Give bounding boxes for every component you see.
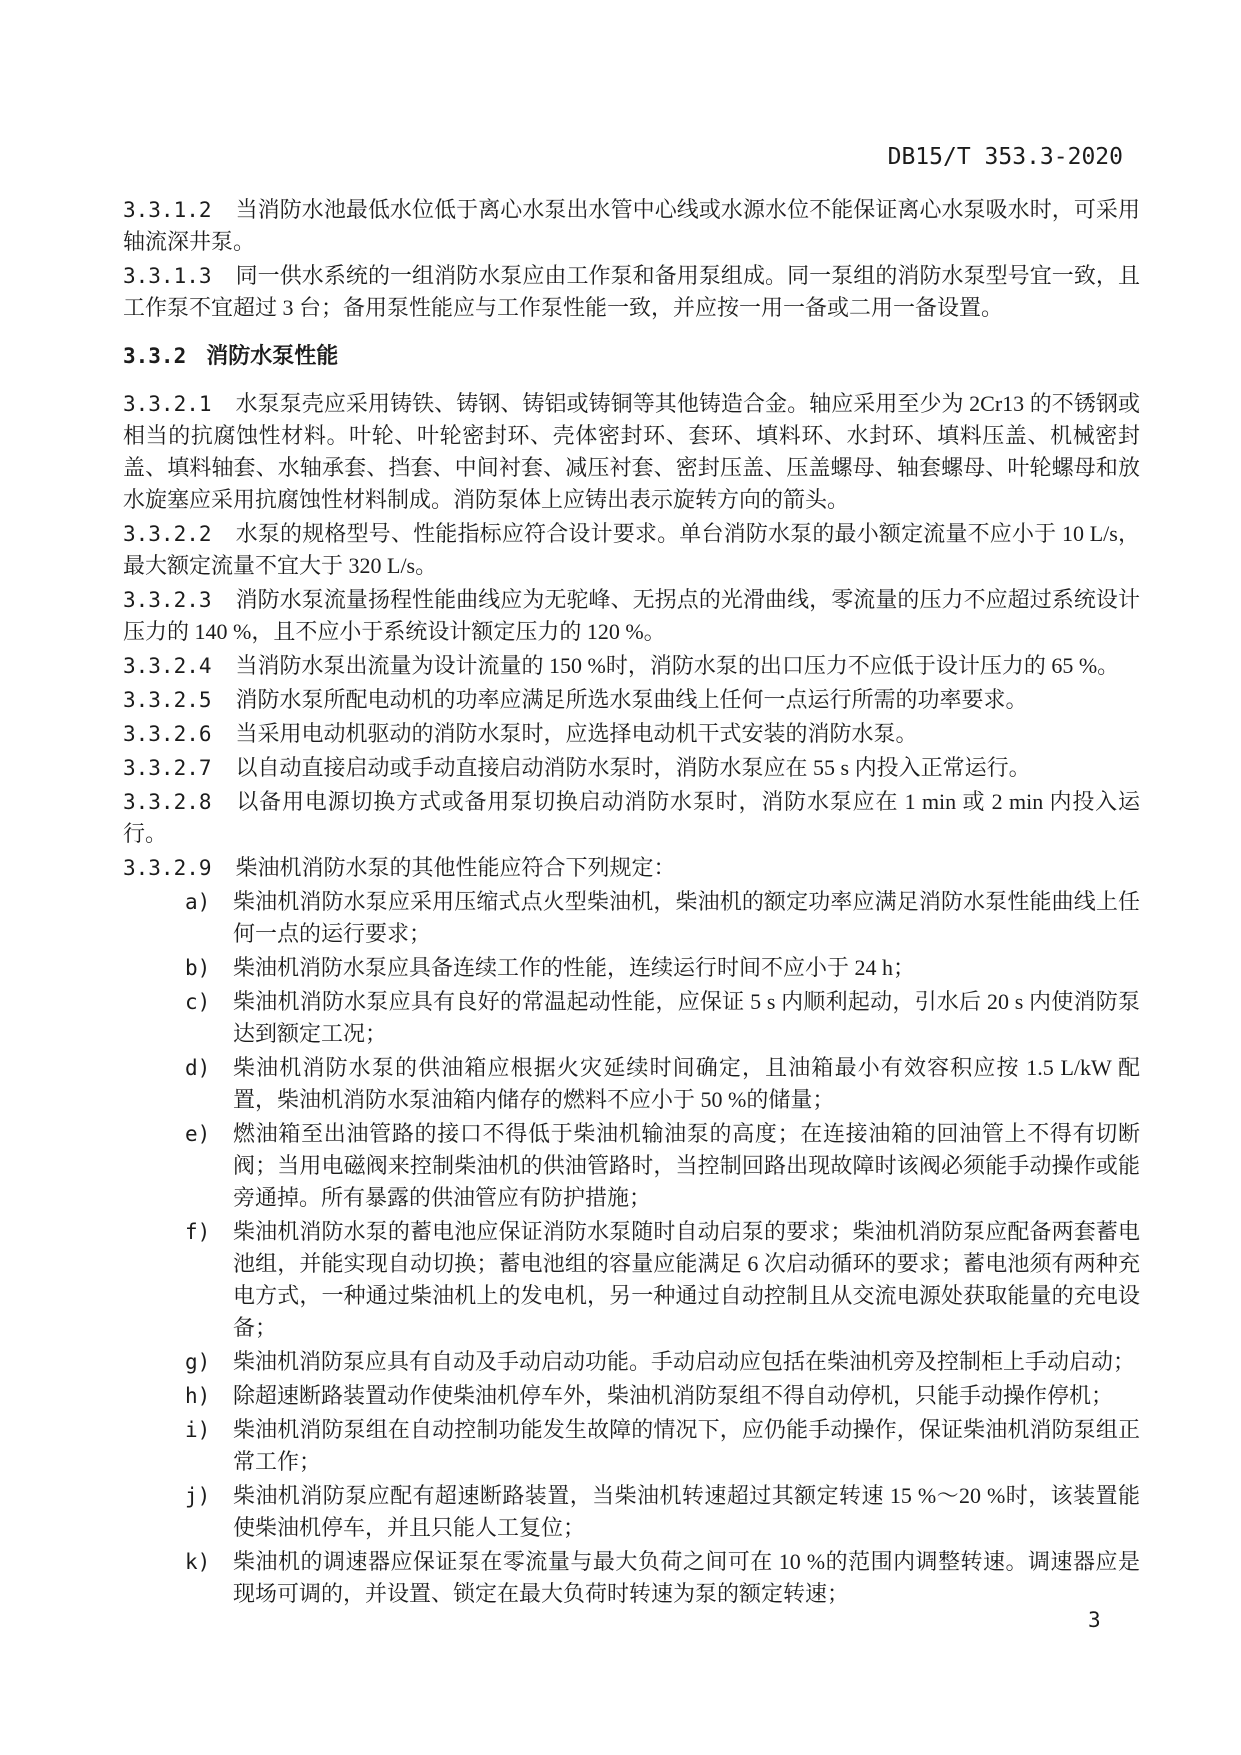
- page-number: 3: [1088, 1608, 1101, 1632]
- clause-number: 3.3.2.6: [123, 722, 212, 746]
- list-item-label: b): [185, 952, 210, 984]
- list-item-label: e): [185, 1118, 210, 1150]
- list-item-k: k)柴油机的调速器应保证泵在零流量与最大负荷之间可在 10 %的范围内调整转速。…: [123, 1546, 1140, 1610]
- list-item-text: 柴油机的调速器应保证泵在零流量与最大负荷之间可在 10 %的范围内调整转速。调速…: [233, 1549, 1140, 1606]
- clause-3-3-1-3: 3.3.1.3同一供水系统的一组消防水泵应由工作泵和备用泵组成。同一泵组的消防水…: [123, 260, 1140, 324]
- clause-text: 同一供水系统的一组消防水泵应由工作泵和备用泵组成。同一泵组的消防水泵型号宜一致，…: [123, 263, 1140, 320]
- clause-number: 3.3.2.7: [123, 756, 212, 780]
- clause-text: 消防水泵流量扬程性能曲线应为无驼峰、无拐点的光滑曲线，零流量的压力不应超过系统设…: [123, 587, 1140, 644]
- section-heading: 3.3.2消防水泵性能: [123, 340, 1140, 372]
- clause-text: 消防水泵所配电动机的功率应满足所选水泵曲线上任何一点运行所需的功率要求。: [236, 687, 1028, 712]
- clause-3-3-1-2: 3.3.1.2当消防水池最低水位低于离心水泵出水管中心线或水源水位不能保证离心水…: [123, 194, 1140, 258]
- clause-number: 3.3.2.8: [123, 790, 212, 814]
- list-item-h: h)除超速断路装置动作使柴油机停车外，柴油机消防泵组不得自动停机，只能手动操作停…: [123, 1380, 1140, 1412]
- clause-text: 水泵的规格型号、性能指标应符合设计要求。单台消防水泵的最小额定流量不应小于 10…: [123, 521, 1140, 578]
- list-item-text: 柴油机消防水泵应具有良好的常温起动性能，应保证 5 s 内顺利起动，引水后 20…: [233, 989, 1140, 1046]
- list-item-label: c): [185, 986, 210, 1018]
- clause-number: 3.3.2.9: [123, 856, 212, 880]
- clause-number: 3.3.2.1: [123, 392, 212, 416]
- clause-text: 当采用电动机驱动的消防水泵时，应选择电动机干式安装的消防水泵。: [236, 721, 918, 746]
- list-item-label: f): [185, 1216, 210, 1248]
- list-item-text: 柴油机消防水泵应采用压缩式点火型柴油机，柴油机的额定功率应满足消防水泵性能曲线上…: [233, 889, 1140, 946]
- list-item-label: d): [185, 1052, 210, 1084]
- clause-text: 当消防水池最低水位低于离心水泵出水管中心线或水源水位不能保证离心水泵吸水时，可采…: [123, 197, 1140, 254]
- heading-number: 3.3.2: [123, 344, 186, 368]
- list-item-text: 柴油机消防水泵应具备连续工作的性能，连续运行时间不应小于 24 h；: [233, 955, 915, 980]
- clause-text: 柴油机消防水泵的其他性能应符合下列规定：: [236, 855, 676, 880]
- list-item-label: k): [185, 1546, 210, 1578]
- clause-number: 3.3.1.3: [123, 264, 212, 288]
- clause-3-3-2-2: 3.3.2.2水泵的规格型号、性能指标应符合设计要求。单台消防水泵的最小额定流量…: [123, 518, 1140, 582]
- clause-number: 3.3.2.4: [123, 654, 212, 678]
- standard-number: DB15/T 353.3-2020: [888, 144, 1123, 170]
- clause-text: 以备用电源切换方式或备用泵切换启动消防水泵时，消防水泵应在 1 min 或 2 …: [123, 789, 1140, 846]
- list-item-i: i)柴油机消防泵组在自动控制功能发生故障的情况下，应仍能手动操作，保证柴油机消防…: [123, 1414, 1140, 1478]
- itemized-list: a)柴油机消防水泵应采用压缩式点火型柴油机，柴油机的额定功率应满足消防水泵性能曲…: [123, 886, 1140, 1610]
- list-item-d: d)柴油机消防水泵的供油箱应根据火灾延续时间确定，且油箱最小有效容积应按 1.5…: [123, 1052, 1140, 1116]
- list-item-text: 除超速断路装置动作使柴油机停车外，柴油机消防泵组不得自动停机，只能手动操作停机；: [233, 1383, 1113, 1408]
- list-item-c: c)柴油机消防水泵应具有良好的常温起动性能，应保证 5 s 内顺利起动，引水后 …: [123, 986, 1140, 1050]
- list-item-label: a): [185, 886, 210, 918]
- clause-3-3-2-1: 3.3.2.1水泵泵壳应采用铸铁、铸钢、铸铝或铸铜等其他铸造合金。轴应采用至少为…: [123, 388, 1140, 516]
- clause-3-3-2-5: 3.3.2.5消防水泵所配电动机的功率应满足所选水泵曲线上任何一点运行所需的功率…: [123, 684, 1140, 716]
- page-header: DB15/T 353.3-2020: [888, 144, 1123, 170]
- list-item-f: f)柴油机消防水泵的蓄电池应保证消防水泵随时自动启泵的要求；柴油机消防泵应配备两…: [123, 1216, 1140, 1344]
- list-item-text: 柴油机消防水泵的蓄电池应保证消防水泵随时自动启泵的要求；柴油机消防泵应配备两套蓄…: [233, 1219, 1140, 1340]
- list-item-text: 燃油箱至出油管路的接口不得低于柴油机输油泵的高度；在连接油箱的回油管上不得有切断…: [233, 1121, 1140, 1210]
- list-item-text: 柴油机消防泵组在自动控制功能发生故障的情况下，应仍能手动操作，保证柴油机消防泵组…: [233, 1417, 1140, 1474]
- clause-3-3-2-4: 3.3.2.4当消防水泵出流量为设计流量的 150 %时，消防水泵的出口压力不应…: [123, 650, 1140, 682]
- list-item-j: j)柴油机消防泵应配有超速断路装置，当柴油机转速超过其额定转速 15 %～20 …: [123, 1480, 1140, 1544]
- document-content: 3.3.1.2当消防水池最低水位低于离心水泵出水管中心线或水源水位不能保证离心水…: [123, 194, 1140, 1612]
- list-item-label: i): [185, 1414, 210, 1446]
- list-item-e: e)燃油箱至出油管路的接口不得低于柴油机输油泵的高度；在连接油箱的回油管上不得有…: [123, 1118, 1140, 1214]
- list-item-text: 柴油机消防水泵的供油箱应根据火灾延续时间确定，且油箱最小有效容积应按 1.5 L…: [233, 1055, 1140, 1112]
- clause-3-3-2-6: 3.3.2.6当采用电动机驱动的消防水泵时，应选择电动机干式安装的消防水泵。: [123, 718, 1140, 750]
- list-item-label: j): [185, 1480, 210, 1512]
- clause-text: 当消防水泵出流量为设计流量的 150 %时，消防水泵的出口压力不应低于设计压力的…: [236, 653, 1120, 678]
- clause-number: 3.3.2.2: [123, 522, 212, 546]
- heading-title: 消防水泵性能: [206, 343, 338, 368]
- list-item-g: g)柴油机消防泵应具有自动及手动启动功能。手动启动应包括在柴油机旁及控制柜上手动…: [123, 1346, 1140, 1378]
- list-item-text: 柴油机消防泵应具有自动及手动启动功能。手动启动应包括在柴油机旁及控制柜上手动启动…: [233, 1349, 1135, 1374]
- clause-3-3-2-3: 3.3.2.3消防水泵流量扬程性能曲线应为无驼峰、无拐点的光滑曲线，零流量的压力…: [123, 584, 1140, 648]
- document-page: DB15/T 353.3-2020 3.3.1.2当消防水池最低水位低于离心水泵…: [0, 0, 1241, 1755]
- list-item-b: b)柴油机消防水泵应具备连续工作的性能，连续运行时间不应小于 24 h；: [123, 952, 1140, 984]
- clause-3-3-2-9: 3.3.2.9柴油机消防水泵的其他性能应符合下列规定：: [123, 852, 1140, 884]
- clause-text: 以自动直接启动或手动直接启动消防水泵时，消防水泵应在 55 s 内投入正常运行。: [236, 755, 1031, 780]
- clause-number: 3.3.2.5: [123, 688, 212, 712]
- clause-number: 3.3.1.2: [123, 198, 212, 222]
- list-item-label: h): [185, 1380, 210, 1412]
- clause-3-3-2-8: 3.3.2.8以备用电源切换方式或备用泵切换启动消防水泵时，消防水泵应在 1 m…: [123, 786, 1140, 850]
- list-item-text: 柴油机消防泵应配有超速断路装置，当柴油机转速超过其额定转速 15 %～20 %时…: [233, 1483, 1140, 1540]
- list-item-a: a)柴油机消防水泵应采用压缩式点火型柴油机，柴油机的额定功率应满足消防水泵性能曲…: [123, 886, 1140, 950]
- clause-3-3-2-7: 3.3.2.7以自动直接启动或手动直接启动消防水泵时，消防水泵应在 55 s 内…: [123, 752, 1140, 784]
- clause-number: 3.3.2.3: [123, 588, 212, 612]
- list-item-label: g): [185, 1346, 210, 1378]
- clause-text: 水泵泵壳应采用铸铁、铸钢、铸铝或铸铜等其他铸造合金。轴应采用至少为 2Cr13 …: [123, 391, 1140, 512]
